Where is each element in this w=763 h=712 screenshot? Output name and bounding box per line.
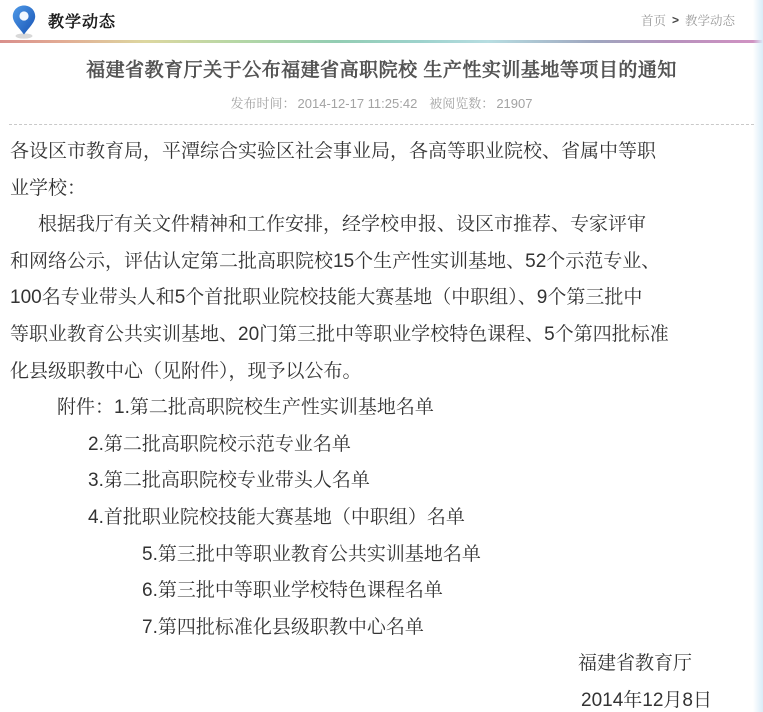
signature-organization: 福建省教育厅 bbox=[10, 646, 755, 683]
location-pin-icon bbox=[12, 5, 36, 39]
breadcrumb-home-link[interactable]: 首页 bbox=[641, 11, 666, 29]
publish-time-value: 2014-12-17 11:25:42 bbox=[298, 96, 418, 111]
attachment-item: 4.首批职业院校技能大赛基地（中职组）名单 bbox=[10, 500, 755, 537]
breadcrumb: 首页 > 教学动态 bbox=[641, 11, 749, 29]
publish-time-label: 发布时间： bbox=[231, 96, 296, 111]
paragraph-line: 等职业教育公共实训基地、20门第三批中等职业学校特色课程、5个第四批标准 bbox=[10, 317, 755, 354]
section-header: 教学动态 首页 > 教学动态 bbox=[0, 0, 763, 40]
attachment-item: 5.第三批中等职业教育公共实训基地名单 bbox=[10, 537, 755, 574]
views-label: 被阅览数： bbox=[429, 96, 494, 111]
paragraph-line: 业学校： bbox=[10, 171, 755, 208]
attachment-list: 附件：1.第二批高职院校生产性实训基地名单 2.第二批高职院校示范专业名单 3.… bbox=[10, 390, 755, 646]
attachment-item: 附件：1.第二批高职院校生产性实训基地名单 bbox=[10, 390, 755, 427]
paragraph-line: 根据我厅有关文件精神和工作安排，经学校申报、设区市推荐、专家评审 bbox=[10, 207, 755, 244]
paragraph-line: 各设区市教育局，平潭综合实验区社会事业局，各高等职业院校、省属中等职 bbox=[10, 134, 755, 171]
paragraph-line: 化县级职教中心（见附件），现予以公布。 bbox=[10, 354, 755, 391]
signature-block: 福建省教育厅 2014年12月8日 bbox=[10, 646, 755, 712]
paragraph-line: 100名专业带头人和5个首批职业院校技能大赛基地（中职组）、9个第三批中 bbox=[10, 280, 755, 317]
article-header: 福建省教育厅关于公布福建省高职院校 生产性实训基地等项目的通知 发布时间：201… bbox=[9, 43, 754, 125]
signature-date: 2014年12月8日 bbox=[10, 683, 755, 712]
article-body: 各设区市教育局，平潭综合实验区社会事业局，各高等职业院校、省属中等职 业学校： … bbox=[0, 125, 763, 712]
breadcrumb-current-link[interactable]: 教学动态 bbox=[685, 11, 735, 29]
page: 教学动态 首页 > 教学动态 福建省教育厅关于公布福建省高职院校 生产性实训基地… bbox=[0, 0, 763, 712]
attachment-item: 6.第三批中等职业学校特色课程名单 bbox=[10, 573, 755, 610]
section-title: 教学动态 bbox=[48, 9, 116, 32]
attachment-item: 2.第二批高职院校示范专业名单 bbox=[10, 427, 755, 464]
attachment-item: 3.第二批高职院校专业带头人名单 bbox=[10, 463, 755, 500]
article-title: 福建省教育厅关于公布福建省高职院校 生产性实训基地等项目的通知 bbox=[9, 58, 754, 84]
breadcrumb-separator: > bbox=[672, 13, 679, 27]
article-meta: 发布时间：2014-12-17 11:25:42被阅览数：21907 bbox=[9, 93, 754, 112]
paragraph-main: 根据我厅有关文件精神和工作安排，经学校申报、设区市推荐、专家评审 和网络公示，评… bbox=[10, 207, 755, 390]
attachment-item: 7.第四批标准化县级职教中心名单 bbox=[10, 610, 755, 647]
paragraph-line: 和网络公示，评估认定第二批高职院校15个生产性实训基地、52个示范专业、 bbox=[10, 244, 755, 281]
views-count: 21907 bbox=[496, 96, 532, 111]
paragraph-salutation: 各设区市教育局，平潭综合实验区社会事业局，各高等职业院校、省属中等职 业学校： bbox=[10, 134, 755, 207]
